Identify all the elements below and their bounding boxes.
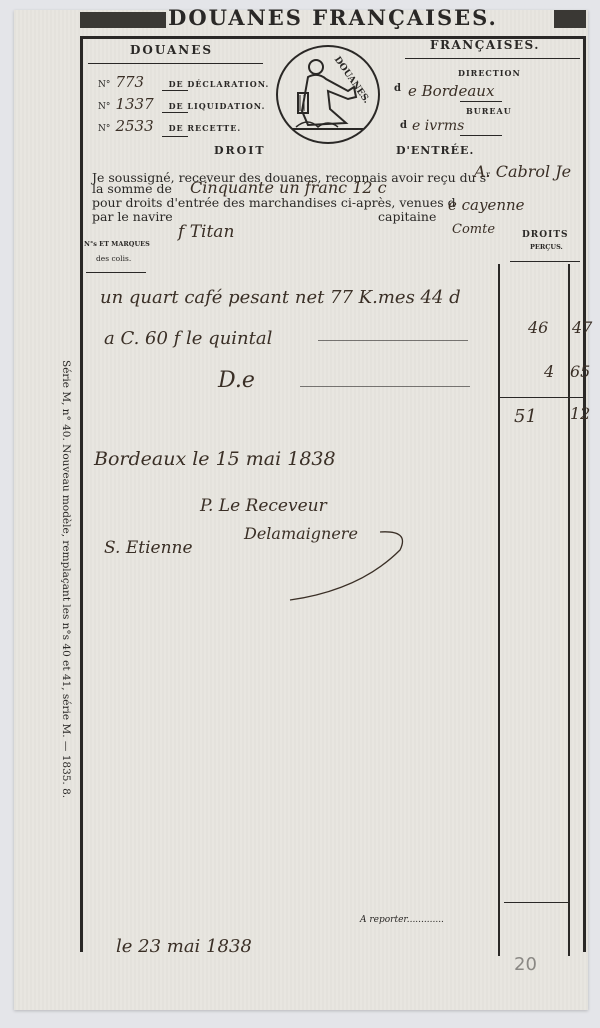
droits-label: DROITS <box>522 230 569 240</box>
right-frame-line <box>583 36 586 952</box>
a-reporter-label: A reporter............. <box>360 915 444 925</box>
entree-label: D'ENTRÉE. <box>396 144 474 157</box>
signature-flourish-icon <box>270 520 420 610</box>
statement-line-3: pour droits d'entrée des marchandises ci… <box>92 196 456 210</box>
number-row-liquidation: N° 1337 DE LIQUIDATION. <box>98 94 265 113</box>
underline <box>162 136 188 137</box>
dash-leader <box>300 386 470 387</box>
origin-place: e cayenne <box>448 196 525 214</box>
number-row-recette: N° 2533 DE RECETTE. <box>98 116 241 135</box>
bureau-value: e ivrms <box>412 118 464 134</box>
statement-line-2: la somme de <box>92 182 172 196</box>
declaration-number: 773 <box>115 73 163 91</box>
percus-label: PERÇUS. <box>530 243 563 251</box>
direction-prefix: d <box>394 83 401 94</box>
marks-rule <box>86 272 146 273</box>
bureau-label: BUREAU <box>466 106 512 116</box>
liquidation-label: DE LIQUIDATION. <box>169 101 266 111</box>
bottom-date: le 23 mai 1838 <box>116 936 252 957</box>
underline <box>162 90 188 91</box>
amount-in-words: Cinquante un franc 12 c <box>190 178 387 197</box>
entry-line-2: a C. 60 f le quintal <box>104 328 272 349</box>
marks-label: N°s ET MARQUES <box>84 240 150 248</box>
droit-label: DROIT <box>214 144 266 157</box>
number-prefix: N° <box>98 80 110 90</box>
banner-title: DOUANES FRANÇAISES. <box>80 8 586 36</box>
pencil-note: 20 <box>514 954 537 975</box>
captain-name: Comte <box>452 222 495 237</box>
signer-left: S. Etienne <box>104 538 193 558</box>
total-francs: 51 <box>514 406 537 427</box>
right-title: FRANÇAISES. <box>430 38 540 52</box>
reporter-rule <box>504 902 568 903</box>
colis-label: des colis. <box>96 254 131 263</box>
dash-leader <box>318 340 468 341</box>
left-title-rule <box>88 63 263 64</box>
received-from: A. Cabrol Je <box>474 162 571 181</box>
left-title: DOUANES <box>130 43 213 57</box>
entry-3-centimes: 65 <box>570 362 590 381</box>
entry-line-3: D.e <box>218 368 255 393</box>
underline <box>460 135 502 136</box>
amount-column-left-line <box>498 264 500 956</box>
statement-line-4: par le navire <box>92 210 173 224</box>
capitaine-label: capitaine <box>378 210 436 224</box>
underline <box>460 101 502 102</box>
droits-rule <box>510 261 580 262</box>
entry-line-1: un quart café pesant net 77 K.mes 44 d <box>100 287 461 308</box>
recette-label: DE RECETTE. <box>169 123 242 133</box>
left-frame-line <box>80 36 83 952</box>
direction-label: DIRECTION <box>458 68 521 78</box>
entry-2-centimes: 47 <box>572 318 592 337</box>
liquidation-number: 1337 <box>115 95 163 113</box>
entry-3-francs: 4 <box>544 362 554 381</box>
ship-name: f Titan <box>178 222 234 242</box>
recette-number: 2533 <box>115 117 163 135</box>
total-centimes: 12 <box>570 404 590 423</box>
right-title-rule <box>405 58 580 59</box>
number-prefix: N° <box>98 124 110 134</box>
underline <box>162 112 188 113</box>
declaration-label: DE DÉCLARATION. <box>169 79 270 89</box>
form-series-note: Série M, n° 40. Nouveau modèle, remplaça… <box>60 360 72 798</box>
number-prefix: N° <box>98 102 110 112</box>
for-receiver: P. Le Receveur <box>200 496 327 516</box>
place-and-date: Bordeaux le 15 mai 1838 <box>94 448 336 470</box>
direction-value: e Bordeaux <box>408 82 494 100</box>
bureau-prefix: d <box>400 120 407 131</box>
entry-2-francs: 46 <box>528 318 548 337</box>
subtotal-rule <box>500 397 584 398</box>
number-row-declaration: N° 773 DE DÉCLARATION. <box>98 72 269 91</box>
